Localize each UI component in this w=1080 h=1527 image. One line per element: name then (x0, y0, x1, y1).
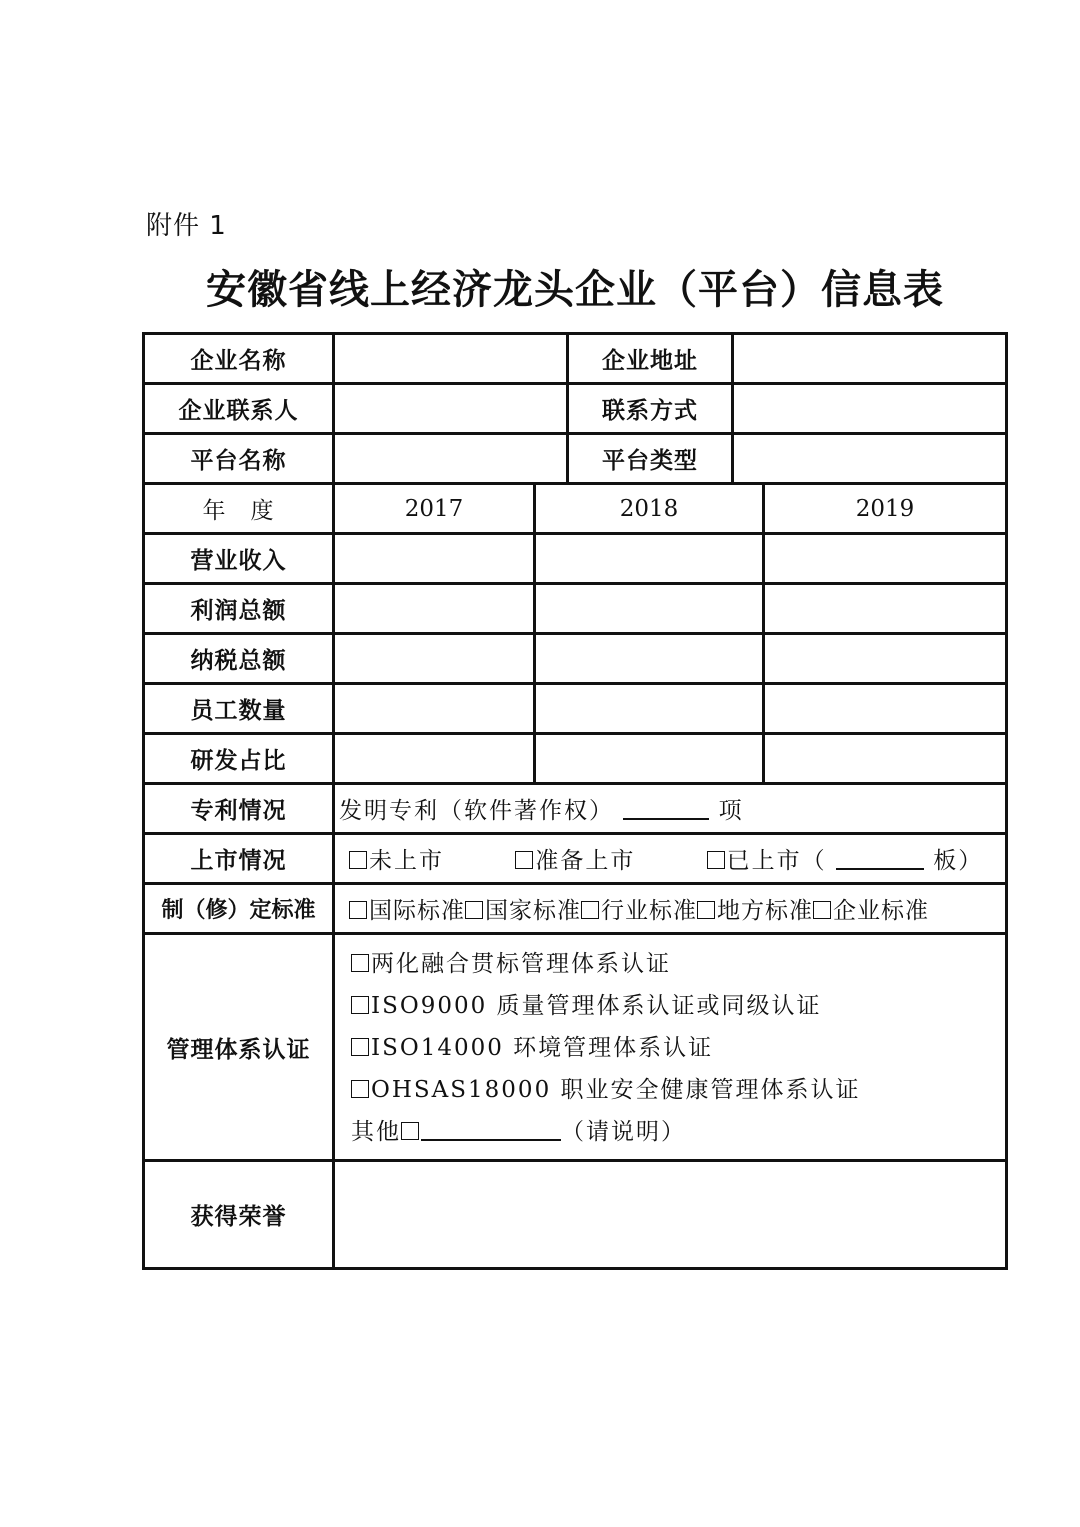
rd-ratio-2017-field[interactable] (334, 734, 535, 784)
company-address-label: 企业地址 (568, 334, 733, 384)
patent-suffix: 项 (719, 798, 744, 824)
profit-2019-field[interactable] (764, 584, 1007, 634)
year-2018-header: 2018 (535, 484, 764, 534)
profit-2018-field[interactable] (535, 584, 764, 634)
contact-person-label: 企业联系人 (144, 384, 334, 434)
patent-cell: 发明专利（软件著作权） 项 (334, 784, 1007, 834)
year-2017-header: 2017 (334, 484, 535, 534)
row-rd-ratio: 研发占比 (144, 734, 1007, 784)
row-listing: 上市情况 未上市 准备上市 已上市（ 板） (144, 834, 1007, 884)
row-management-certification: 管理体系认证 两化融合贯标管理体系认证 ISO9000 质量管理体系认证或同级认… (144, 934, 1007, 1161)
revenue-2017-field[interactable] (334, 534, 535, 584)
management-certification-label: 管理体系认证 (144, 934, 334, 1161)
checkbox-icon[interactable] (351, 1038, 369, 1056)
management-certification-cell: 两化融合贯标管理体系认证 ISO9000 质量管理体系认证或同级认证 ISO14… (334, 934, 1007, 1161)
revenue-label: 营业收入 (144, 534, 334, 584)
year-label: 年 度 (144, 484, 334, 534)
row-employees: 员工数量 (144, 684, 1007, 734)
rd-ratio-2019-field[interactable] (764, 734, 1007, 784)
honors-field[interactable] (334, 1161, 1007, 1269)
patent-count-field[interactable] (623, 798, 709, 820)
patent-prefix: 发明专利（软件著作权） (339, 798, 614, 824)
checkbox-icon[interactable] (349, 851, 367, 869)
listing-option-listed[interactable]: 已上市（ (707, 842, 827, 875)
checkbox-icon[interactable] (351, 996, 369, 1014)
checkbox-icon[interactable] (351, 1080, 369, 1098)
employees-2019-field[interactable] (764, 684, 1007, 734)
standards-option-enterprise[interactable]: 企业标准 (813, 898, 929, 924)
listing-option-unlisted[interactable]: 未上市 (349, 842, 444, 875)
year-2019-header: 2019 (764, 484, 1007, 534)
contact-method-field[interactable] (733, 384, 1007, 434)
checkbox-icon[interactable] (401, 1122, 419, 1140)
row-honors: 获得荣誉 (144, 1161, 1007, 1269)
employees-label: 员工数量 (144, 684, 334, 734)
checkbox-icon[interactable] (707, 851, 725, 869)
standards-option-local[interactable]: 地方标准 (697, 898, 813, 924)
checkbox-icon[interactable] (813, 901, 831, 919)
platform-type-field[interactable] (733, 434, 1007, 484)
row-revenue: 营业收入 (144, 534, 1007, 584)
row-standards: 制（修）定标准 国际标准国家标准行业标准地方标准企业标准 (144, 884, 1007, 934)
row-platform: 平台名称 平台类型 (144, 434, 1007, 484)
rd-ratio-2018-field[interactable] (535, 734, 764, 784)
checkbox-icon[interactable] (349, 901, 367, 919)
listing-board-field[interactable] (836, 848, 924, 870)
cert-option-iso14000[interactable]: ISO14000 环境管理体系认证 (351, 1027, 1005, 1069)
cert-option-iso9000[interactable]: ISO9000 质量管理体系认证或同级认证 (351, 985, 1005, 1027)
profit-label: 利润总额 (144, 584, 334, 634)
contact-person-field[interactable] (334, 384, 568, 434)
patent-label: 专利情况 (144, 784, 334, 834)
honors-label: 获得荣誉 (144, 1161, 334, 1269)
info-form-table: 企业名称 企业地址 企业联系人 联系方式 平台名称 平台类型 年 度 2017 … (142, 332, 1008, 1270)
checkbox-icon[interactable] (581, 901, 599, 919)
standards-option-international[interactable]: 国际标准 (349, 898, 465, 924)
row-company-name: 企业名称 企业地址 (144, 334, 1007, 384)
cert-option-ohsas18000[interactable]: OHSAS18000 职业安全健康管理体系认证 (351, 1069, 1005, 1111)
row-patent: 专利情况 发明专利（软件著作权） 项 (144, 784, 1007, 834)
page-title: 安徽省线上经济龙头企业（平台）信息表 (0, 258, 1080, 315)
checkbox-icon[interactable] (465, 901, 483, 919)
tax-2017-field[interactable] (334, 634, 535, 684)
cert-other-field[interactable] (421, 1119, 561, 1141)
employees-2017-field[interactable] (334, 684, 535, 734)
listing-option-preparing[interactable]: 准备上市 (515, 842, 635, 875)
listing-cell: 未上市 准备上市 已上市（ 板） (334, 834, 1007, 884)
tax-label: 纳税总额 (144, 634, 334, 684)
listing-label: 上市情况 (144, 834, 334, 884)
revenue-2019-field[interactable] (764, 534, 1007, 584)
company-address-field[interactable] (733, 334, 1007, 384)
checkbox-icon[interactable] (697, 901, 715, 919)
tax-2019-field[interactable] (764, 634, 1007, 684)
row-year-header: 年 度 2017 2018 2019 (144, 484, 1007, 534)
checkbox-icon[interactable] (351, 954, 369, 972)
company-name-field[interactable] (334, 334, 568, 384)
cert-option-two-integration[interactable]: 两化融合贯标管理体系认证 (351, 943, 1005, 985)
tax-2018-field[interactable] (535, 634, 764, 684)
standards-cell: 国际标准国家标准行业标准地方标准企业标准 (334, 884, 1007, 934)
platform-name-label: 平台名称 (144, 434, 334, 484)
employees-2018-field[interactable] (535, 684, 764, 734)
cert-option-other[interactable]: 其他（请说明） (351, 1111, 1005, 1153)
revenue-2018-field[interactable] (535, 534, 764, 584)
contact-method-label: 联系方式 (568, 384, 733, 434)
platform-type-label: 平台类型 (568, 434, 733, 484)
listing-board-suffix: 板） (933, 848, 983, 874)
row-contact: 企业联系人 联系方式 (144, 384, 1007, 434)
checkbox-icon[interactable] (515, 851, 533, 869)
company-name-label: 企业名称 (144, 334, 334, 384)
platform-name-field[interactable] (334, 434, 568, 484)
row-tax: 纳税总额 (144, 634, 1007, 684)
row-profit: 利润总额 (144, 584, 1007, 634)
rd-ratio-label: 研发占比 (144, 734, 334, 784)
attachment-label: 附件 1 (146, 205, 227, 242)
standards-option-national[interactable]: 国家标准 (465, 898, 581, 924)
profit-2017-field[interactable] (334, 584, 535, 634)
standards-option-industry[interactable]: 行业标准 (581, 898, 697, 924)
standards-label: 制（修）定标准 (144, 884, 334, 934)
